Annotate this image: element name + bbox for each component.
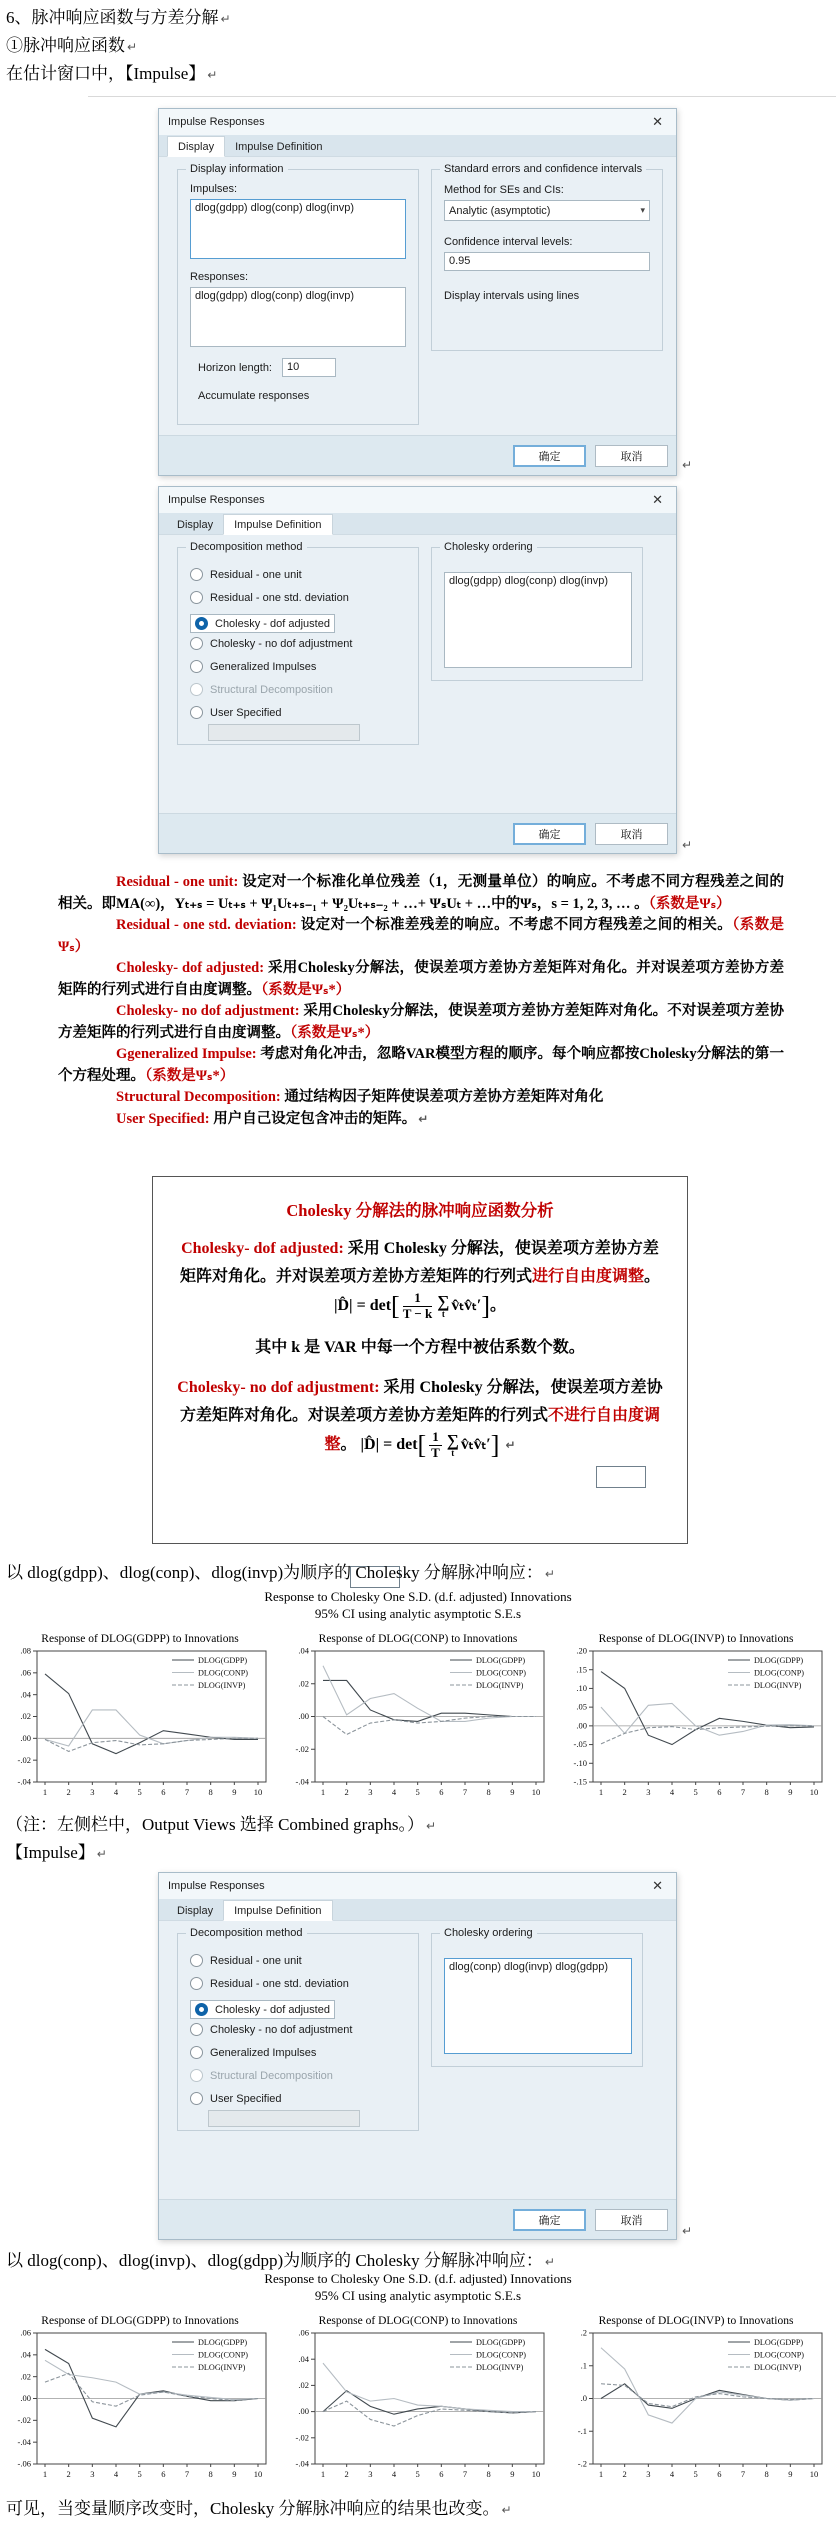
chart-panel-title: Response of DLOG(CONP) to Innovations — [280, 2315, 556, 2327]
decomposition-method-group: Decomposition method Residual - one unit… — [177, 547, 419, 745]
svg-text:6: 6 — [161, 2469, 165, 2479]
tab-display[interactable]: Display — [167, 136, 225, 157]
impulses-label: Impulses: — [190, 183, 237, 195]
svg-text:3: 3 — [368, 1787, 372, 1797]
impulse-responses-dialog-definition-2: Impulse Responses ✕ Display Impulse Defi… — [158, 1872, 677, 2240]
radio-icon — [190, 2092, 203, 2105]
chart-panel-title: Response of DLOG(GDPP) to Innovations — [2, 1633, 278, 1645]
cholesky-ordering-group: Cholesky ordering dlog(conp) dlog(invp) … — [431, 1933, 643, 2067]
svg-text:.06: .06 — [298, 2329, 309, 2338]
svg-text:-.04: -.04 — [18, 2437, 32, 2447]
svg-text:9: 9 — [510, 1787, 514, 1797]
decomposition-method-group: Decomposition method Residual - one unit… — [177, 1933, 419, 2131]
svg-text:3: 3 — [646, 1787, 650, 1797]
dialog-titlebar[interactable]: Impulse Responses ✕ — [159, 109, 676, 135]
svg-text:10: 10 — [532, 1787, 541, 1797]
group-label: Cholesky ordering — [440, 1926, 537, 1940]
svg-text:-.02: -.02 — [18, 1755, 31, 1765]
svg-text:DLOG(INVP): DLOG(INVP) — [198, 2363, 246, 2372]
radio-icon — [190, 706, 203, 719]
paragraph-mark: ↵ — [501, 2503, 511, 2517]
divider — [88, 96, 836, 97]
radio-cholesky-no-dof[interactable]: Cholesky - no dof adjustment — [190, 637, 352, 650]
svg-text:9: 9 — [510, 2469, 514, 2479]
dialog-title: Impulse Responses — [168, 494, 265, 506]
svg-text:8: 8 — [487, 1787, 491, 1797]
ok-button[interactable]: 确定 — [513, 823, 586, 845]
paragraph-mark: ↵ — [682, 838, 692, 852]
svg-text:1: 1 — [43, 1787, 47, 1797]
svg-text:9: 9 — [788, 2469, 792, 2479]
document-page: 6、脉冲响应函数与方差分解↵ ①脉冲响应函数↵ 在估计窗口中，【Impulse】… — [0, 0, 836, 2526]
svg-text:8: 8 — [765, 2469, 769, 2479]
svg-text:-.10: -.10 — [574, 1758, 587, 1768]
svg-text:DLOG(GDPP): DLOG(GDPP) — [754, 1656, 803, 1665]
svg-text:4: 4 — [670, 1787, 675, 1797]
chart-panel: Response of DLOG(CONP) to Innovations.04… — [280, 1626, 556, 1797]
tab-impulse-definition[interactable]: Impulse Definition — [223, 514, 332, 535]
chart-panel: Response of DLOG(GDPP) to Innovations.06… — [2, 2308, 278, 2479]
svg-text:DLOG(INVP): DLOG(INVP) — [476, 2363, 524, 2372]
svg-text:3: 3 — [90, 1787, 94, 1797]
chart-panel-title: Response of DLOG(INVP) to Innovations — [558, 2315, 834, 2327]
paragraph-mark: ↵ — [127, 40, 137, 54]
box-title: Cholesky 分解法的脉冲响应函数分析 — [177, 1197, 663, 1221]
svg-text:DLOG(INVP): DLOG(INVP) — [754, 2363, 802, 2372]
svg-text:7: 7 — [185, 2469, 189, 2479]
tab-strip: Display Impulse Definition — [159, 1899, 676, 1921]
note-cholesky-dof: Cholesky- dof adjusted: 采用Cholesky分解法，使误… — [58, 958, 784, 1001]
svg-text:5: 5 — [694, 1787, 698, 1797]
svg-text:.00: .00 — [20, 2393, 31, 2403]
radio-residual-one-std[interactable]: Residual - one std. deviation — [190, 1977, 349, 1990]
display-intervals-checkbox[interactable]: Display intervals using lines — [444, 290, 579, 302]
line-chart: .2.1.0-.1-.212345678910DLOG(GDPP)DLOG(CO… — [565, 2329, 827, 2479]
radio-icon — [190, 637, 203, 650]
radio-icon — [195, 2003, 208, 2016]
svg-text:4: 4 — [114, 2469, 119, 2479]
radio-icon — [190, 683, 203, 696]
note-generalized: Ggeneralized Impulse: 考虑对角化冲击，忽略VAR模型方程的… — [58, 1044, 784, 1087]
tab-impulse-definition[interactable]: Impulse Definition — [223, 1900, 332, 1921]
confidence-interval-label: Confidence interval levels: — [444, 236, 572, 248]
svg-text:.04: .04 — [20, 1689, 31, 1699]
svg-text:.05: .05 — [576, 1702, 587, 1712]
box-paragraph-no-dof: Cholesky- no dof adjustment: 采用 Cholesky… — [177, 1374, 663, 1461]
radio-cholesky-no-dof[interactable]: Cholesky - no dof adjustment — [190, 2023, 352, 2036]
svg-text:.04: .04 — [298, 2354, 309, 2364]
svg-text:.00: .00 — [20, 1733, 31, 1743]
radio-icon — [190, 568, 203, 581]
impulse-response-charts-1: Response to Cholesky One S.D. (d.f. adju… — [0, 1588, 836, 1797]
impulse-line: 【Impulse】↵ — [6, 1838, 107, 1863]
svg-text:DLOG(GDPP): DLOG(GDPP) — [198, 1656, 247, 1665]
chevron-down-icon: ▾ — [640, 205, 645, 216]
svg-text:.06: .06 — [20, 2329, 31, 2338]
radio-icon — [190, 660, 203, 673]
conclusion-line: 可见，当变量顺序改变时，Cholesky 分解脉冲响应的结果也改变。↵ — [6, 2494, 512, 2519]
cancel-button[interactable]: 取消 — [595, 823, 668, 845]
close-icon[interactable]: ✕ — [648, 114, 667, 130]
svg-text:7: 7 — [741, 1787, 745, 1797]
group-label: Standard errors and confidence intervals — [440, 162, 646, 176]
dialog-footer: 确定 取消 — [159, 813, 676, 853]
svg-text:2: 2 — [67, 1787, 71, 1797]
svg-text:3: 3 — [368, 2469, 372, 2479]
svg-text:7: 7 — [185, 1787, 189, 1797]
svg-text:8: 8 — [209, 1787, 213, 1797]
svg-text:DLOG(INVP): DLOG(INVP) — [476, 1681, 524, 1690]
svg-text:7: 7 — [463, 2469, 467, 2479]
method-label: Method for SEs and CIs: — [444, 184, 564, 196]
svg-text:.2: .2 — [581, 2329, 587, 2338]
radio-cholesky-dof-adjusted[interactable]: Cholesky - dof adjusted — [190, 2000, 335, 2019]
checkbox-label: Display intervals using lines — [444, 290, 579, 302]
svg-text:.00: .00 — [298, 1711, 309, 1721]
ordering1-line: 以 dlog(gdpp)、dlog(conp)、dlog(invp)为顺序的 C… — [6, 1558, 555, 1583]
impulse-response-charts-2: Response to Cholesky One S.D. (d.f. adju… — [0, 2270, 836, 2479]
radio-icon — [195, 617, 208, 630]
svg-text:9: 9 — [788, 1787, 792, 1797]
svg-text:DLOG(GDPP): DLOG(GDPP) — [754, 2338, 803, 2347]
radio-user-specified[interactable]: User Specified — [190, 2092, 282, 2105]
paragraph-mark: ↵ — [545, 2255, 555, 2269]
group-label: Display information — [186, 162, 288, 176]
svg-text:DLOG(CONP): DLOG(CONP) — [754, 2350, 804, 2359]
svg-text:6: 6 — [439, 2469, 443, 2479]
paragraph-mark: ↵ — [545, 1567, 555, 1581]
svg-text:.0: .0 — [581, 2393, 587, 2403]
svg-text:-.02: -.02 — [296, 2432, 309, 2442]
note-cholesky-no-dof: Cholesky- no dof adjustment: 采用Cholesky分… — [58, 1001, 784, 1044]
tab-impulse-definition[interactable]: Impulse Definition — [225, 137, 332, 156]
svg-text:6: 6 — [161, 1787, 165, 1797]
svg-text:DLOG(CONP): DLOG(CONP) — [754, 1668, 804, 1677]
svg-text:DLOG(CONP): DLOG(CONP) — [476, 1668, 526, 1677]
svg-text:-.04: -.04 — [296, 2459, 310, 2469]
svg-text:.08: .08 — [20, 1647, 31, 1656]
svg-text:2: 2 — [623, 2469, 627, 2479]
svg-text:-.02: -.02 — [18, 2415, 31, 2425]
chart-panel: Response of DLOG(CONP) to Innovations.06… — [280, 2308, 556, 2479]
radio-generalized-impulses[interactable]: Generalized Impulses — [190, 2046, 316, 2059]
heading-line: 6、脉冲响应函数与方差分解↵ — [6, 3, 231, 28]
svg-text:2: 2 — [345, 2469, 349, 2479]
dialog-footer: 确定 取消 — [159, 2199, 676, 2239]
method-value: Analytic (asymptotic) — [449, 205, 550, 217]
instruction-line: 在估计窗口中，【Impulse】↵ — [6, 59, 217, 84]
tab-strip: Display Impulse Definition — [159, 135, 676, 157]
ordering2-line: 以 dlog(conp)、dlog(invp)、dlog(gdpp)为顺序的 C… — [6, 2246, 555, 2271]
svg-text:.02: .02 — [20, 2371, 31, 2381]
svg-text:DLOG(CONP): DLOG(CONP) — [476, 2350, 526, 2359]
chart-panel-title: Response of DLOG(INVP) to Innovations — [558, 1633, 834, 1645]
svg-text:2: 2 — [67, 2469, 71, 2479]
formula-dof-adjusted: |D̂| = det[1T − k∑tv̂ₜv̂ₜ′]。 — [334, 1297, 506, 1314]
impulse-responses-dialog-definition: Impulse Responses ✕ Display Impulse Defi… — [158, 486, 677, 854]
radio-residual-one-std[interactable]: Residual - one std. deviation — [190, 591, 349, 604]
svg-text:-.2: -.2 — [578, 2459, 587, 2469]
svg-text:4: 4 — [670, 2469, 675, 2479]
standard-errors-group: Standard errors and confidence intervals… — [431, 169, 663, 351]
svg-text:.10: .10 — [576, 1683, 587, 1693]
group-label: Cholesky ordering — [440, 540, 537, 554]
chart-panel-row: Response of DLOG(GDPP) to Innovations.06… — [0, 2304, 836, 2479]
svg-text:1: 1 — [321, 1787, 325, 1797]
svg-text:DLOG(INVP): DLOG(INVP) — [754, 1681, 802, 1690]
line-chart: .04.02.00-.02-.0412345678910DLOG(GDPP)DL… — [287, 1647, 549, 1797]
chart-subtitle: 95% CI using analytic asymptotic S.E.s — [0, 1605, 836, 1622]
svg-text:6: 6 — [439, 1787, 443, 1797]
radio-icon — [190, 2069, 203, 2082]
group-label: Decomposition method — [186, 540, 307, 554]
svg-text:.15: .15 — [576, 1664, 587, 1674]
svg-text:2: 2 — [345, 1787, 349, 1797]
radio-structural-decomposition: Structural Decomposition — [190, 2069, 333, 2082]
radio-user-specified[interactable]: User Specified — [190, 706, 282, 719]
chart-subtitle: 95% CI using analytic asymptotic S.E.s — [0, 2287, 836, 2304]
radio-icon — [190, 1977, 203, 1990]
svg-text:DLOG(CONP): DLOG(CONP) — [198, 1668, 248, 1677]
svg-text:-.04: -.04 — [18, 1777, 32, 1787]
cholesky-ordering-group: Cholesky ordering dlog(gdpp) dlog(conp) … — [431, 547, 643, 681]
svg-text:.00: .00 — [576, 1720, 587, 1730]
svg-text:.02: .02 — [298, 1678, 309, 1688]
svg-text:.1: .1 — [581, 2360, 587, 2370]
chart-panel: Response of DLOG(GDPP) to Innovations.08… — [2, 1626, 278, 1797]
svg-text:5: 5 — [416, 2469, 420, 2479]
svg-text:.02: .02 — [298, 2380, 309, 2390]
horizon-length-input[interactable]: 10 — [282, 358, 336, 377]
svg-text:1: 1 — [321, 2469, 325, 2479]
svg-text:3: 3 — [90, 2469, 94, 2479]
method-dropdown[interactable]: Analytic (asymptotic) ▾ — [444, 200, 650, 221]
subheading-line: ①脉冲响应函数↵ — [6, 31, 137, 56]
ok-button[interactable]: 确定 — [513, 2209, 586, 2231]
svg-text:5: 5 — [416, 1787, 420, 1797]
svg-text:9: 9 — [232, 2469, 236, 2479]
tab-strip: Display Impulse Definition — [159, 513, 676, 535]
checkbox-label: Accumulate responses — [198, 390, 309, 402]
svg-text:.00: .00 — [298, 2406, 309, 2416]
svg-text:4: 4 — [392, 2469, 397, 2479]
horizon-length-label: Horizon length: — [198, 362, 272, 374]
box-paragraph-k: 其中 k 是 VAR 中每一个方程中被估系数个数。 — [177, 1334, 663, 1362]
svg-text:.06: .06 — [20, 1667, 31, 1677]
paragraph-mark: ↵ — [505, 1438, 515, 1452]
chart-panel-row: Response of DLOG(GDPP) to Innovations.08… — [0, 1622, 836, 1797]
svg-text:10: 10 — [810, 1787, 819, 1797]
svg-text:6: 6 — [717, 2469, 721, 2479]
svg-text:1: 1 — [43, 2469, 47, 2479]
chart-panel-title: Response of DLOG(CONP) to Innovations — [280, 1633, 556, 1645]
impulse-responses-dialog-display: Impulse Responses ✕ Display Impulse Defi… — [158, 108, 677, 476]
cholesky-ordering-input[interactable]: dlog(conp) dlog(invp) dlog(gdpp) — [444, 1958, 632, 2054]
dialog-footer: 确定 取消 — [159, 435, 676, 475]
dialog-titlebar[interactable]: Impulse Responses ✕ — [159, 487, 676, 513]
radio-residual-one-unit[interactable]: Residual - one unit — [190, 1954, 302, 1967]
svg-text:5: 5 — [138, 2469, 142, 2479]
tab-display[interactable]: Display — [167, 1901, 223, 1920]
box-paragraph-dof: Cholesky- dof adjusted: 采用 Cholesky 分解法，… — [177, 1235, 663, 1322]
chart-panel-title: Response of DLOG(GDPP) to Innovations — [2, 2315, 278, 2327]
user-specified-input — [208, 724, 360, 741]
svg-text:4: 4 — [114, 1787, 119, 1797]
svg-text:-.04: -.04 — [296, 1777, 310, 1787]
dialog-title: Impulse Responses — [168, 1880, 265, 1892]
note-structural: Structural Decomposition: 通过结构因子矩阵使误差项方差… — [58, 1087, 784, 1109]
svg-text:7: 7 — [741, 2469, 745, 2479]
svg-text:10: 10 — [254, 2469, 263, 2479]
svg-text:.04: .04 — [298, 1647, 309, 1656]
note-residual-one-std: Residual - one std. deviation: 设定对一个标准差残… — [58, 915, 784, 958]
line-chart: .20.15.10.05.00-.05-.10-.1512345678910DL… — [565, 1647, 827, 1797]
display-information-group: Display information Impulses: dlog(gdpp)… — [177, 169, 419, 425]
impulses-input[interactable]: dlog(gdpp) dlog(conp) dlog(invp) — [190, 199, 406, 259]
chart-title: Response to Cholesky One S.D. (d.f. adju… — [0, 2270, 836, 2287]
radio-icon — [190, 2023, 203, 2036]
radio-cholesky-dof-adjusted[interactable]: Cholesky - dof adjusted — [190, 614, 335, 633]
svg-text:7: 7 — [463, 1787, 467, 1797]
svg-text:8: 8 — [487, 2469, 491, 2479]
svg-text:DLOG(GDPP): DLOG(GDPP) — [476, 2338, 525, 2347]
cholesky-ordering-input[interactable]: dlog(gdpp) dlog(conp) dlog(invp) — [444, 572, 632, 668]
radio-structural-decomposition: Structural Decomposition — [190, 683, 333, 696]
dialog-title: Impulse Responses — [168, 116, 265, 128]
paragraph-mark: ↵ — [221, 12, 231, 26]
svg-text:.02: .02 — [20, 1711, 31, 1721]
line-chart: .06.04.02.00-.02-.04-.0612345678910DLOG(… — [9, 2329, 271, 2479]
note-user-specified: User Specified: 用户自己设定包含冲击的矩阵。↵ — [58, 1109, 784, 1131]
line-chart: .06.04.02.00-.02-.0412345678910DLOG(GDPP… — [287, 2329, 549, 2479]
responses-input[interactable]: dlog(gdpp) dlog(conp) dlog(invp) — [190, 287, 406, 347]
radio-generalized-impulses[interactable]: Generalized Impulses — [190, 660, 316, 673]
svg-text:DLOG(GDPP): DLOG(GDPP) — [476, 1656, 525, 1665]
svg-text:.20: .20 — [576, 1647, 587, 1656]
responses-label: Responses: — [190, 271, 248, 283]
svg-text:10: 10 — [532, 2469, 541, 2479]
svg-text:5: 5 — [138, 1787, 142, 1797]
svg-text:5: 5 — [694, 2469, 698, 2479]
svg-text:DLOG(CONP): DLOG(CONP) — [198, 2350, 248, 2359]
cancel-button[interactable]: 取消 — [595, 445, 668, 467]
svg-text:8: 8 — [765, 1787, 769, 1797]
svg-text:-.1: -.1 — [578, 2426, 587, 2436]
paragraph-mark: ↵ — [426, 1819, 436, 1833]
paragraph-mark: ↵ — [682, 458, 692, 472]
paragraph-mark: ↵ — [418, 1112, 428, 1126]
tab-display[interactable]: Display — [167, 515, 223, 534]
svg-text:1: 1 — [599, 2469, 603, 2479]
svg-text:6: 6 — [717, 1787, 721, 1797]
svg-text:1: 1 — [599, 1787, 603, 1797]
radio-residual-one-unit[interactable]: Residual - one unit — [190, 568, 302, 581]
chart-panel: Response of DLOG(INVP) to Innovations.2.… — [558, 2308, 834, 2479]
svg-text:2: 2 — [623, 1787, 627, 1797]
line-chart: .08.06.04.02.00-.02-.0412345678910DLOG(G… — [9, 1647, 271, 1797]
radio-icon — [190, 1954, 203, 1967]
svg-text:3: 3 — [646, 2469, 650, 2479]
svg-text:10: 10 — [254, 1787, 263, 1797]
group-label: Decomposition method — [186, 1926, 307, 1940]
cholesky-analysis-box: Cholesky 分解法的脉冲响应函数分析 Cholesky- dof adju… — [152, 1176, 688, 1544]
dialog-titlebar[interactable]: Impulse Responses ✕ — [159, 1873, 676, 1899]
close-icon[interactable]: ✕ — [648, 492, 667, 508]
paragraph-mark: ↵ — [207, 68, 217, 82]
chart-title: Response to Cholesky One S.D. (d.f. adju… — [0, 1588, 836, 1605]
svg-text:DLOG(GDPP): DLOG(GDPP) — [198, 2338, 247, 2347]
paragraph-mark: ↵ — [682, 2224, 692, 2238]
radio-icon — [190, 2046, 203, 2059]
confidence-interval-input[interactable]: 0.95 — [444, 252, 650, 271]
svg-text:10: 10 — [810, 2469, 819, 2479]
svg-text:-.05: -.05 — [574, 1739, 587, 1749]
method-notes: Residual - one unit: 设定对一个标准化单位残差（1，无测量单… — [58, 872, 784, 1130]
combined-graphs-note: （注：左侧栏中，Output Views 选择 Combined graphs。… — [6, 1810, 436, 1835]
note-residual-one-unit: Residual - one unit: 设定对一个标准化单位残差（1，无测量单… — [58, 872, 784, 915]
formula-no-dof: |D̂| = det[1T∑tv̂ₜv̂ₜ′] — [361, 1436, 500, 1453]
svg-text:-.06: -.06 — [18, 2459, 31, 2469]
svg-text:-.02: -.02 — [296, 1744, 309, 1754]
svg-text:DLOG(INVP): DLOG(INVP) — [198, 1681, 246, 1690]
paragraph-mark: ↵ — [97, 1847, 107, 1861]
svg-text:-.15: -.15 — [574, 1777, 587, 1787]
cancel-button[interactable]: 取消 — [595, 2209, 668, 2231]
accumulate-responses-checkbox[interactable]: Accumulate responses — [198, 390, 309, 402]
svg-text:8: 8 — [209, 2469, 213, 2479]
svg-text:.04: .04 — [20, 2349, 31, 2359]
svg-text:4: 4 — [392, 1787, 397, 1797]
chart-panel: Response of DLOG(INVP) to Innovations.20… — [558, 1626, 834, 1797]
user-specified-input — [208, 2110, 360, 2127]
ok-button[interactable]: 确定 — [513, 445, 586, 467]
radio-icon — [190, 591, 203, 604]
svg-text:9: 9 — [232, 1787, 236, 1797]
close-icon[interactable]: ✕ — [648, 1878, 667, 1894]
